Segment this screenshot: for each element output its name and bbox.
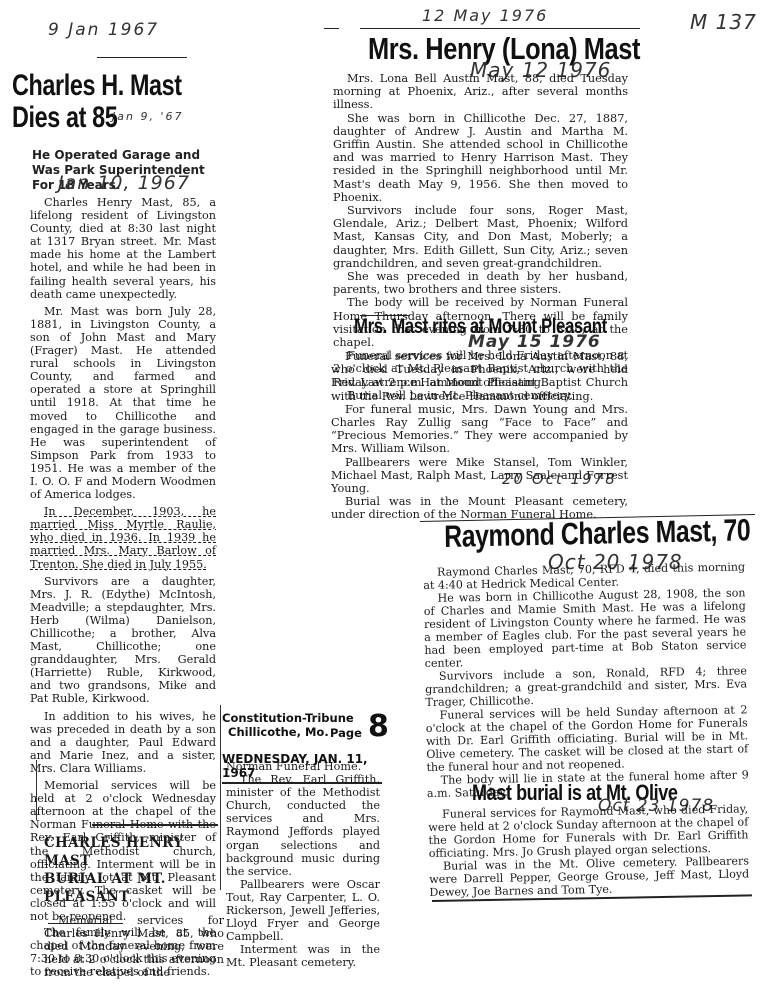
divider — [324, 28, 339, 29]
charles-subhead: He Operated Garage and Was Park Superint… — [32, 148, 252, 193]
paragraph: Survivors include a son, Ronald, RFD 4; … — [425, 664, 748, 709]
burial-1967-headline-1: CHARLES HENRY MAST — [44, 834, 224, 870]
paragraph: Charles Henry Mast, 85, a lifelong resid… — [30, 196, 216, 301]
paper-city: Chillicothe, Mo. — [228, 726, 329, 739]
paragraph: Funeral services will be held Sunday aft… — [425, 703, 748, 774]
paragraph: Interment was in the Mt. Pleasant cemete… — [226, 943, 380, 969]
paragraph: Survivors include four sons, Roger Mast,… — [333, 204, 628, 270]
page-number: 8 — [368, 712, 389, 742]
subhead-line: He Operated Garage and — [32, 148, 252, 163]
paragraph: Burial was in the Mt. Olive cemetery. Pa… — [429, 854, 750, 899]
paragraph: The Rev. Earl Griffith, minister of the … — [226, 773, 380, 878]
handwritten-date-rites: May 15 1976 — [468, 332, 601, 352]
lona-rites-body: Funeral services for Mrs. Lona Austin Ma… — [331, 350, 628, 522]
paragraph: Mr. Mast was born July 28, 1881, in Livi… — [30, 305, 216, 501]
paragraph: For funeral music, Mrs. Dawn Young and M… — [331, 403, 628, 456]
divider — [92, 824, 218, 826]
raymond-obituary: Raymond Charles Mast, 70 — [444, 520, 760, 554]
paragraph: Funeral services for Mrs. Lona Austin Ma… — [331, 350, 628, 403]
clipping-edge — [36, 760, 37, 820]
charles-headline-1: Charles H. Mast — [12, 70, 199, 102]
burial-1967: CHARLES HENRY MAST BURIAL AT MT. PLEASAN… — [44, 834, 224, 979]
raymond-headline: Raymond Charles Mast, 70 — [444, 514, 700, 554]
paragraph: Pallbearers were Oscar Tout, Ray Carpent… — [226, 878, 380, 943]
paragraph: Survivors are a daughter, Mrs. J. R. (Ed… — [30, 575, 216, 706]
charles-obituary: Charles H. Mast Dies at 85 Jan 9, '67 He… — [12, 70, 252, 193]
paragraph: Funeral services for Raymond Mast, who d… — [428, 802, 749, 860]
handwritten-date-charles-body: Jan 10, 1967 — [58, 176, 190, 191]
paragraph: Norman Funeral Home. — [226, 760, 380, 773]
divider — [48, 923, 123, 924]
paragraph: In addition to his wives, he was precede… — [30, 710, 216, 775]
paragraph: She was born in Chillicothe Dec. 27, 188… — [333, 112, 628, 204]
burial-1967-continued: Norman Funeral Home. The Rev. Earl Griff… — [226, 760, 380, 970]
archive-id: M 137 — [690, 10, 757, 34]
raymond-burial-body: Funeral services for Raymond Mast, who d… — [428, 802, 750, 899]
divider — [97, 57, 187, 58]
paragraph: Pallbearers were Mike Stansel, Tom Winkl… — [331, 456, 628, 496]
paragraph: In December, 1903, he married Miss Myrtl… — [30, 505, 216, 570]
handwritten-date-1967: 9 Jan 1967 — [48, 20, 159, 40]
paragraph: Mrs. Lona Bell Austin Mast, 88, died Tue… — [333, 72, 628, 112]
paper-name: Constitution-Tribune — [222, 712, 387, 725]
charles-headline-2: Dies at 85 — [12, 102, 117, 134]
paragraph: He was born in Chillicothe August 28, 19… — [423, 586, 746, 670]
raymond-body: Raymond Charles Mast, 70, RFD 4, died th… — [423, 560, 749, 800]
handwritten-date-1976: 12 May 1976 — [422, 6, 548, 25]
burial-1967-headline-2: BURIAL AT MT. PLEASANT — [44, 870, 224, 906]
divider — [360, 28, 640, 29]
clipping-edge — [220, 705, 221, 890]
handwritten-date-charles: Jan 9, '67 — [112, 110, 183, 123]
page-label: Page — [330, 726, 362, 740]
paragraph: She was preceded in death by her husband… — [333, 270, 628, 296]
